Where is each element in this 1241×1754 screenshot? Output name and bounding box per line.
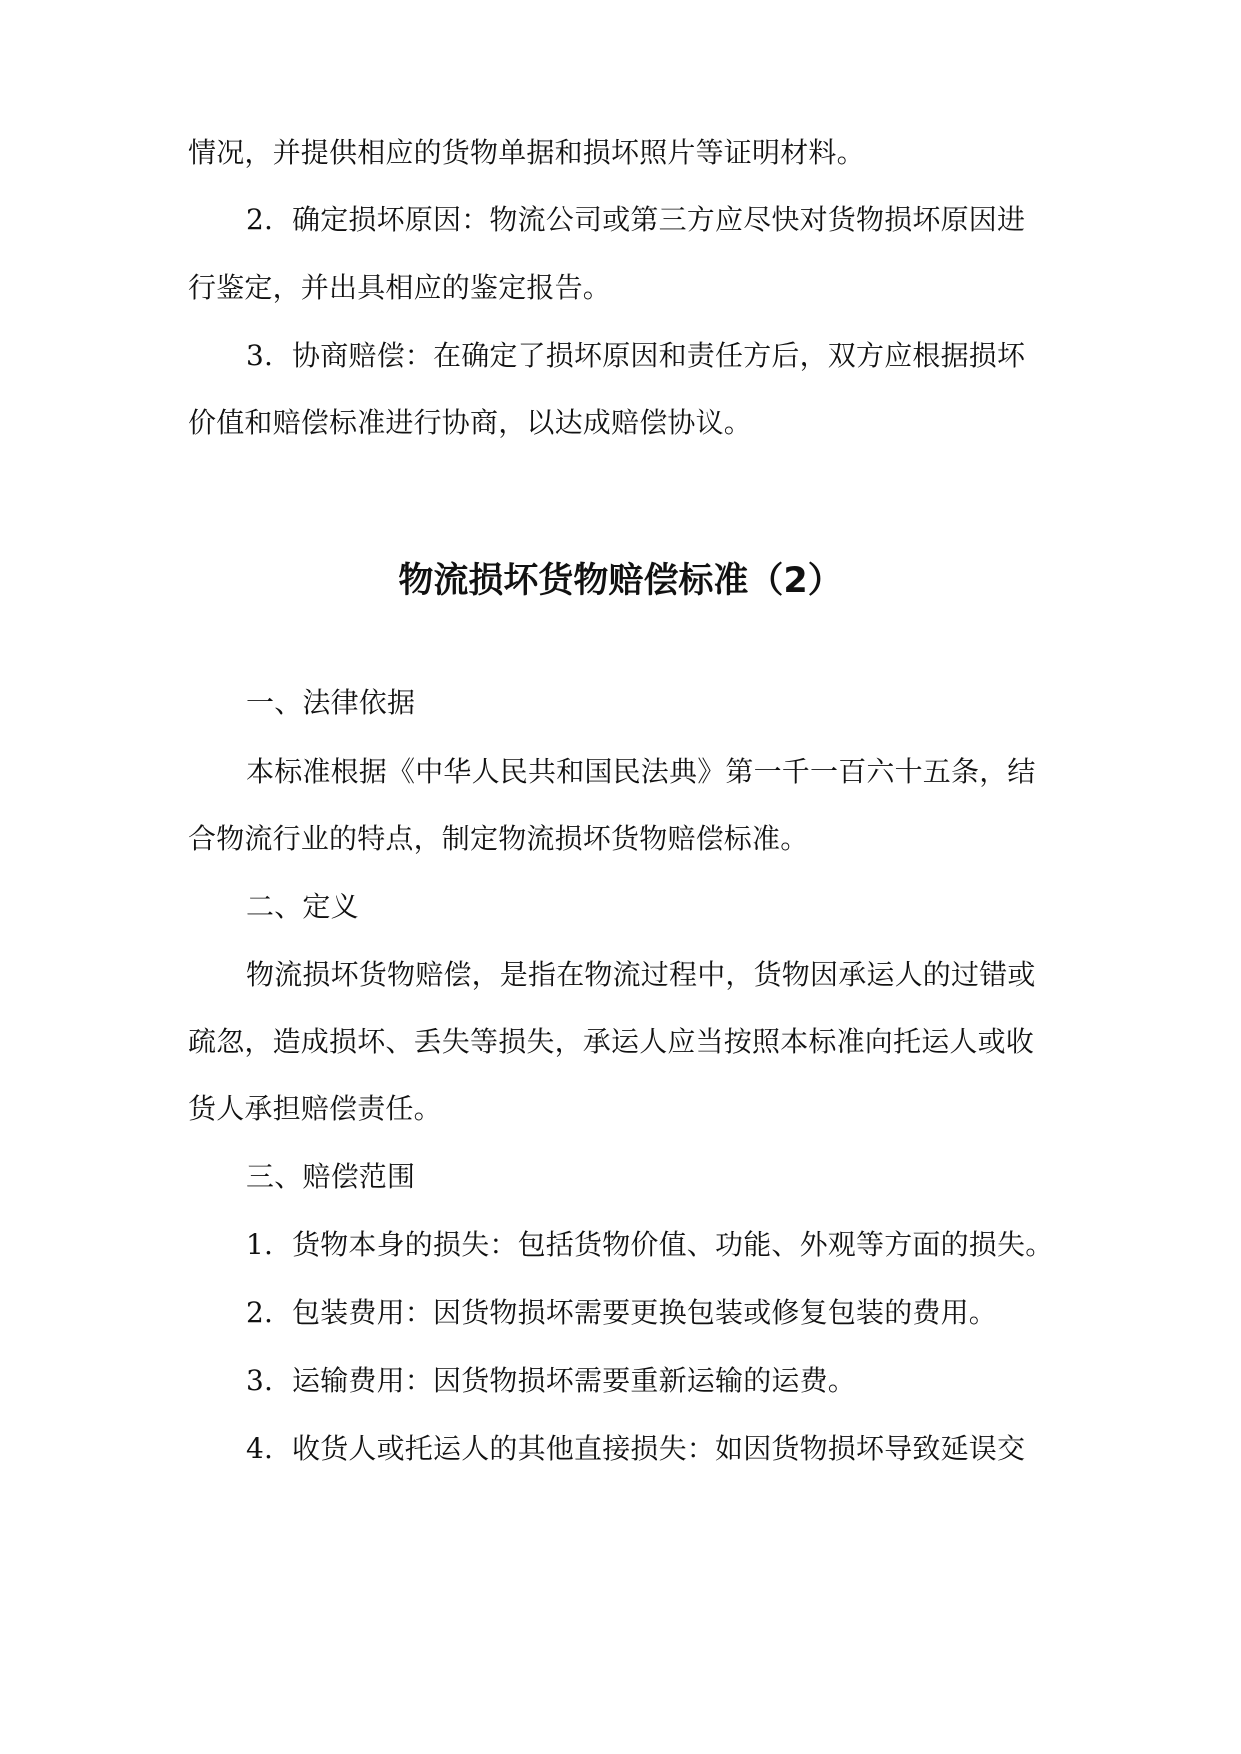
list-number: 4. — [246, 1429, 292, 1469]
scope-item-3: 3.运输费用：因货物损坏需要重新运输的运费。 — [246, 1361, 1058, 1401]
list-item-2: 2.确定损坏原因：物流公司或第三方应尽快对货物损坏原因进 — [246, 200, 1058, 240]
paragraph-line: 物流损坏货物赔偿，是指在物流过程中，货物因承运人的过错或 — [246, 955, 1058, 995]
list-number: 3. — [246, 1361, 292, 1401]
paragraph-line: 疏忽，造成损坏、丢失等损失，承运人应当按照本标准向托运人或收 — [188, 1022, 1058, 1062]
document-page: 情况，并提供相应的货物单据和损坏照片等证明材料。 2.确定损坏原因：物流公司或第… — [0, 0, 1241, 1754]
section-heading-scope: 三、赔偿范围 — [246, 1157, 1058, 1197]
scope-item-1: 1.货物本身的损失：包括货物价值、功能、外观等方面的损失。 — [246, 1225, 1058, 1265]
list-text: 包装费用：因货物损坏需要更换包装或修复包装的费用。 — [292, 1296, 997, 1329]
list-text: 收货人或托运人的其他直接损失：如因货物损坏导致延误交 — [292, 1432, 1025, 1465]
scope-item-4: 4.收货人或托运人的其他直接损失：如因货物损坏导致延误交 — [246, 1429, 1058, 1469]
list-number: 2. — [246, 1293, 292, 1333]
list-text: 确定损坏原因：物流公司或第三方应尽快对货物损坏原因进 — [292, 203, 1025, 236]
scope-item-2: 2.包装费用：因货物损坏需要更换包装或修复包装的费用。 — [246, 1293, 1058, 1333]
section-heading-definition: 二、定义 — [246, 887, 1058, 927]
list-number: 2. — [246, 200, 292, 240]
list-text: 协商赔偿：在确定了损坏原因和责任方后，双方应根据损坏 — [292, 339, 1025, 372]
paragraph-line: 货人承担赔偿责任。 — [188, 1089, 1058, 1129]
list-item-3: 3.协商赔偿：在确定了损坏原因和责任方后，双方应根据损坏 — [246, 336, 1058, 376]
paragraph-line: 本标准根据《中华人民共和国民法典》第一千一百六十五条，结 — [246, 752, 1058, 792]
list-number: 3. — [246, 336, 292, 376]
list-text: 运输费用：因货物损坏需要重新运输的运费。 — [292, 1364, 856, 1397]
list-item-3-continuation: 价值和赔偿标准进行协商，以达成赔偿协议。 — [188, 403, 1058, 443]
list-number: 1. — [246, 1225, 292, 1265]
list-text: 货物本身的损失：包括货物价值、功能、外观等方面的损失。 — [292, 1228, 1053, 1261]
list-item-2-continuation: 行鉴定，并出具相应的鉴定报告。 — [188, 268, 1058, 308]
paragraph-line: 合物流行业的特点，制定物流损坏货物赔偿标准。 — [188, 819, 1058, 859]
section-heading-legal-basis: 一、法律依据 — [246, 683, 1058, 723]
document-title: 物流损坏货物赔偿标准（2） — [0, 558, 1241, 604]
paragraph-continuation: 情况，并提供相应的货物单据和损坏照片等证明材料。 — [188, 133, 1058, 173]
